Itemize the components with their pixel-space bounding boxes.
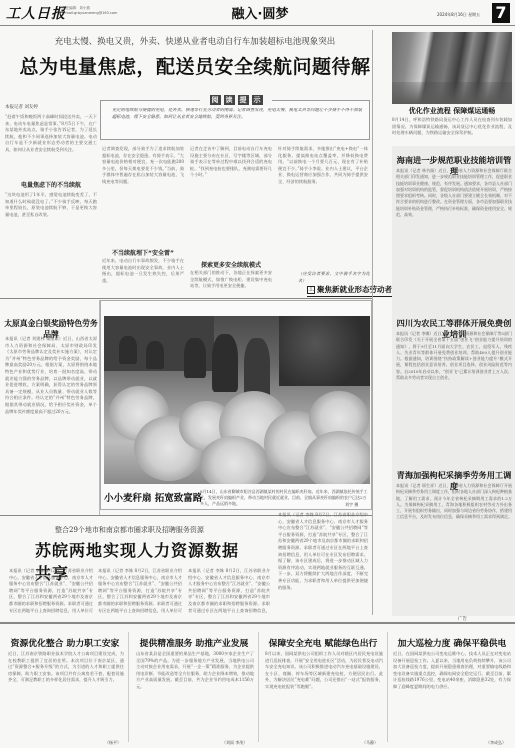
main-headline[interactable]: 总为电量焦虑，配送员安全续航问题待解 [15,52,375,79]
sichuan-body: 本报讯（记者 李娜）近日，四川省人力资源和社会保障厅等5部门联合印发《关于开展全… [396,331,512,463]
author-note: （应受访者要求，文中骑手名字为化名） [298,271,370,283]
bottom-headline-3[interactable]: 保障安全充电 赋能绿色出行 [262,636,384,649]
read-tips-label: 阅 读 提 示 [200,95,272,106]
column-divider [372,30,373,615]
coal-train-photo [392,32,512,104]
suwan-body-col4: 本报讯（记者 李姝 8月2日，江苏省职业介绍中心、安徽省人才信息服务中心、南京市… [278,512,368,614]
photo-feature-caption: 8月14日，山东省聊城市阳谷县西湖镇某村的村民在编织麦秆扇。近年来，西湖镇依托传… [200,489,368,507]
taiyuan-body: 本报讯（记者 刘建林 秦康斌）近日，山西省太原市人力资源和社会保障局、太原市财政… [5,336,97,514]
issue-date: 2024年8月16日 星期五 [437,12,480,18]
read-tips-text: 充足的电续航与便捷的充电，是外卖、快递等行业劳动者的刚需。记者调查发现，充电太慢… [112,108,362,121]
main-kicker: 充电太慢、换电又贵，外卖、快递从业者电动自行车加装超标电池现象突出 [20,35,370,47]
bottom-body-3: 8月以来，国网某供电公司组织工作人员对辖区内居民充电设施进行巡检排查，开展“安全… [265,651,383,739]
bottom-body-2: 山东省某县是全国重要的果品生产基地，3000多家企业生产了全国79%的产品。为进… [136,651,254,739]
column-divider [128,632,129,742]
read-tips-char: 示 [252,95,263,105]
read-tips-char: 提 [238,95,249,105]
bottom-headline-2[interactable]: 提供精准服务 助推产业发展 [132,636,256,649]
photo-credit: 刘宇 摄 [345,502,358,508]
suwan-body-col3: 本报讯（记者 李姝 8月2日，江苏省职业介绍中心、安徽省人才信息服务中心、南京市… [188,568,270,614]
bottom-footer-4: （李成弘） [486,740,506,746]
read-tips-char: 阅 [210,95,221,105]
section-rule [0,298,372,299]
main-body-col3: 记者在走访中了解到，目前电动自行车充电设施主要分布在社区、写字楼等区域，部分骑手… [190,146,272,256]
suwan-body-col1: 本报讯（记者 李姝 8月2日，江苏省职业介绍中心、安徽省人才信息服务中心、南京市… [9,568,93,614]
bottom-footer-1: （杨平） [105,740,121,746]
photo-feature-title: 小小麦秆扇 拓宽致富路 [104,490,202,504]
bottom-footer-3: （马静） [362,740,378,746]
main-body-col3b: 在相关部门的推动下，各地正在探索更多安全续航模式，如推广换电柜、建设集中充电站等… [190,270,272,296]
suwan-kicker: 整合29个地市和南京都市圈求职及招聘服务资源 [55,525,255,535]
bottom-footer-2: （刘雨 李茂） [222,740,247,746]
page-number-badge: 7 [492,3,510,23]
ad-label: 广告 [455,616,470,622]
subhead-1: 电量焦虑下的不当续航 [5,180,97,189]
qinghai-body: 本报讯（记者 邢生祥）近日，青海省人力资源和社会保障厅开展枸杞采摘季劳务用工调度… [396,483,512,611]
bottom-body-4: 近日，在国网某供电公司变电运维中心，技术人员正在对变电站设备开展巡检工作。入夏以… [393,651,511,739]
train-photo-caption: 8月14日，呼和浩特铁路局货运中心工作人员在检查列车装载加固情况。为保障煤炭运输… [392,117,512,143]
bottom-headline-4[interactable]: 加大巡检力度 确保平稳供电 [390,636,514,649]
main-body-col1b: “这块电池用了1年半，感觉电池续航变差了，不知道什么时候就没电了。”不少骑手反映… [5,192,97,282]
main-body-col4: 针对骑手续航需求，多地推出“充电+换电”一体化服务，提高换电站点覆盖率，并降低换… [278,146,368,271]
read-tips-char: 读 [224,95,235,105]
column-divider [258,632,259,742]
section-title: 融入·圆梦 [210,3,310,22]
main-body-col2: 记者调查发现，部分骑手为了追求续航加装超标电池，存在安全隐患。有骑手表示，“大容… [102,146,184,246]
main-byline: 本报记者 刘友婷 [5,104,38,110]
bottom-body-1: 近日，江苏南京铁路职业技术学院人才公寓项目建设完成，为在校教职工提供了宜居的住所… [8,651,124,739]
email-line: E-mail:grbyuanmeng@163.com [62,11,122,16]
column-divider [387,632,388,742]
suwan-body-col2: 本报讯（记者 李姝 8月2日，江苏省职业介绍中心、安徽省人才信息服务中心、南京市… [98,568,182,614]
focus-column-text: 聚焦新就业形态劳动者 [317,284,392,295]
wheat-fan-photo [104,316,370,484]
hainan-body: 本报讯（记者 林书阁）近日，海南省人力资源和社会保障厅联合相关部门印发通知，进一… [396,168,512,311]
newspaper-logo: 工人日报 [6,3,66,23]
main-body-col2b: 近年来，电动自行车事故频发，不少骑手在使用大容量电池时出现安全事故。业内人士指出… [102,258,184,296]
main-body-col1: “赶着午饭和晚饭两个高峰时间段送外卖，一天下来，电动车电量焦虑是常事。”8月5日… [5,114,97,176]
masthead-contact: 责任编辑：刘小燕 E-mail:grbyuanmeng@163.com [62,6,122,16]
focus-column-label: 工 聚焦新就业形态劳动者 [307,284,392,297]
subhead-3: 探索更多安全续航模式 [190,260,272,269]
bottom-rule [0,622,515,624]
bottom-headline-1[interactable]: 资源优化整合 助力职工安家 [5,636,125,649]
subhead-2: 不当续航埋下“安全雷” [102,248,184,257]
worker-icon: 工 [307,286,315,294]
train-photo-title: 优化作业流程 保障煤运通畅 [392,106,512,116]
